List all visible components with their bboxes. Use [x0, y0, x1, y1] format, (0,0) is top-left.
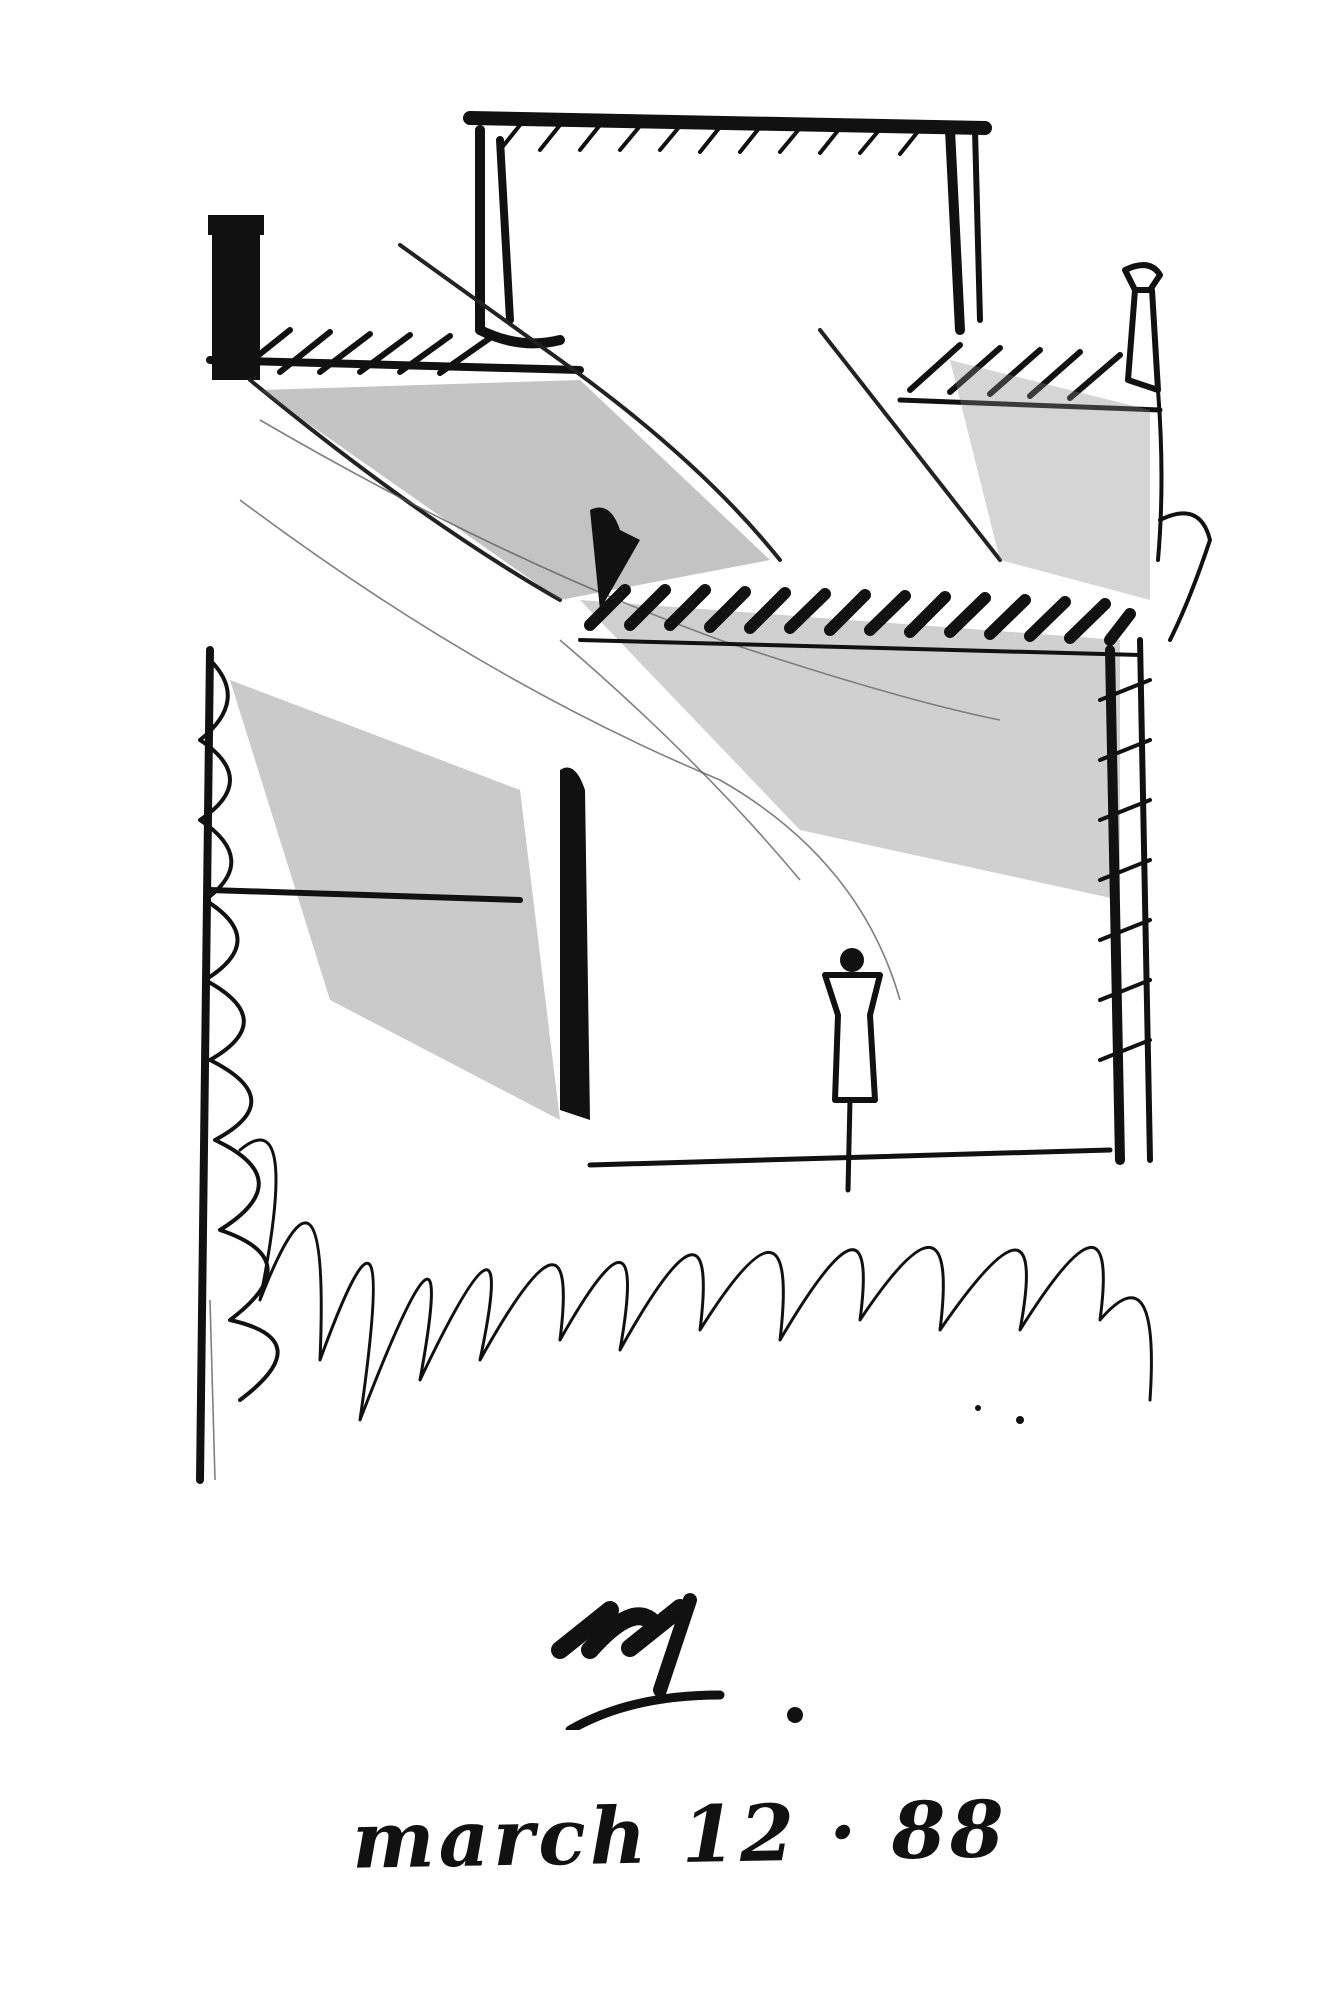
signature-monogram: [540, 1580, 840, 1730]
right-wall: [1100, 513, 1210, 1160]
handwritten-date: march 12 · 88: [289, 1783, 1070, 1888]
ground-scribble: [210, 1140, 1151, 1480]
central-column: [560, 768, 590, 1121]
figure-lower: [825, 948, 880, 1190]
gateway-frame: [470, 118, 985, 343]
